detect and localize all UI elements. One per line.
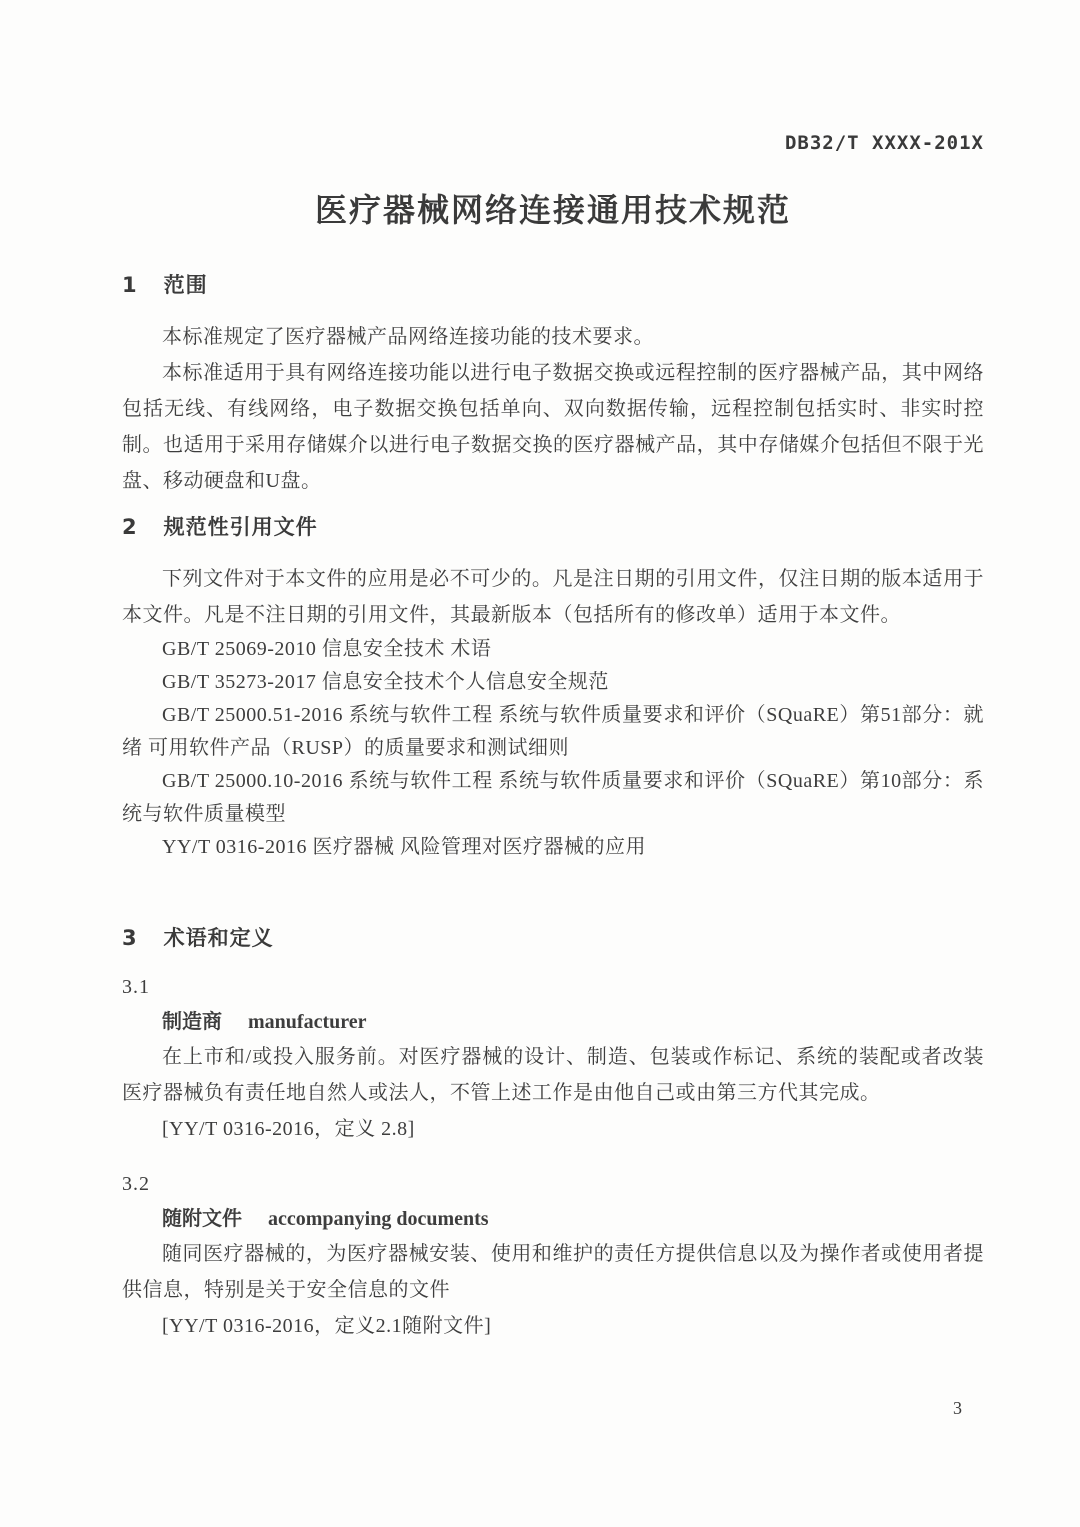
term-number: 3.1 xyxy=(122,974,984,1000)
paragraph: 本标准适用于具有网络连接功能以进行电子数据交换或远程控制的医疗器械产品，其中网络… xyxy=(122,355,984,499)
term-name-en: manufacturer xyxy=(248,1011,367,1033)
term-definition: 随同医疗器械的，为医疗器械安装、使用和维护的责任方提供信息以及为操作者或使用者提… xyxy=(122,1236,984,1308)
section-title: 术语和定义 xyxy=(164,926,274,950)
term-definition: 在上市和/或投入服务前。对医疗器械的设计、制造、包装或作标记、系统的装配或者改装… xyxy=(122,1039,984,1111)
paragraph: 本标准规定了医疗器械产品网络连接功能的技术要求。 xyxy=(122,319,984,355)
term-name: 随附文件accompanying documents xyxy=(122,1203,984,1234)
term-source: [YY/T 0316-2016，定义 2.8] xyxy=(122,1111,984,1147)
reference-item: GB/T 25000.10-2016 系统与软件工程 系统与软件质量要求和评价（… xyxy=(122,765,984,831)
section-heading-scope: 1范围 xyxy=(122,273,984,297)
document-title: 医疗器械网络连接通用技术规范 xyxy=(122,189,984,231)
term-entry-manufacturer: 3.1 制造商manufacturer 在上市和/或投入服务前。对医疗器械的设计… xyxy=(122,974,984,1147)
term-name-zh: 随附文件 xyxy=(162,1206,242,1230)
section-number: 3 xyxy=(122,926,138,950)
section-body: 本标准规定了医疗器械产品网络连接功能的技术要求。 本标准适用于具有网络连接功能以… xyxy=(122,319,984,499)
section-normative-references: 2规范性引用文件 下列文件对于本文件的应用是必不可少的。凡是注日期的引用文件，仅… xyxy=(122,515,984,864)
reference-item: GB/T 25069-2010 信息安全技术 术语 xyxy=(122,633,984,666)
term-name-en: accompanying documents xyxy=(268,1208,489,1230)
term-name: 制造商manufacturer xyxy=(122,1006,984,1037)
section-title: 规范性引用文件 xyxy=(164,515,318,539)
paragraph: 下列文件对于本文件的应用是必不可少的。凡是注日期的引用文件，仅注日期的版本适用于… xyxy=(122,561,984,633)
term-source: [YY/T 0316-2016，定义2.1随附文件] xyxy=(122,1308,984,1344)
term-entry-accompanying-documents: 3.2 随附文件accompanying documents 随同医疗器械的，为… xyxy=(122,1171,984,1344)
section-heading-terms: 3术语和定义 xyxy=(122,926,984,950)
page-number: 3 xyxy=(953,1398,962,1418)
reference-item: GB/T 35273-2017 信息安全技术个人信息安全规范 xyxy=(122,666,984,699)
term-number: 3.2 xyxy=(122,1171,984,1197)
section-scope: 1范围 本标准规定了医疗器械产品网络连接功能的技术要求。 本标准适用于具有网络连… xyxy=(122,273,984,499)
section-title: 范围 xyxy=(164,273,208,297)
reference-item: YY/T 0316-2016 医疗器械 风险管理对医疗器械的应用 xyxy=(122,831,984,864)
standard-code: DB32/T XXXX-201X xyxy=(122,133,984,153)
document-page: DB32/T XXXX-201X 医疗器械网络连接通用技术规范 1范围 本标准规… xyxy=(0,0,1080,1527)
section-number: 1 xyxy=(122,273,138,297)
term-name-zh: 制造商 xyxy=(162,1009,222,1033)
section-terms-definitions: 3术语和定义 3.1 制造商manufacturer 在上市和/或投入服务前。对… xyxy=(122,926,984,1344)
section-number: 2 xyxy=(122,515,138,539)
reference-item: GB/T 25000.51-2016 系统与软件工程 系统与软件质量要求和评价（… xyxy=(122,699,984,765)
section-body: 下列文件对于本文件的应用是必不可少的。凡是注日期的引用文件，仅注日期的版本适用于… xyxy=(122,561,984,864)
section-heading-references: 2规范性引用文件 xyxy=(122,515,984,539)
